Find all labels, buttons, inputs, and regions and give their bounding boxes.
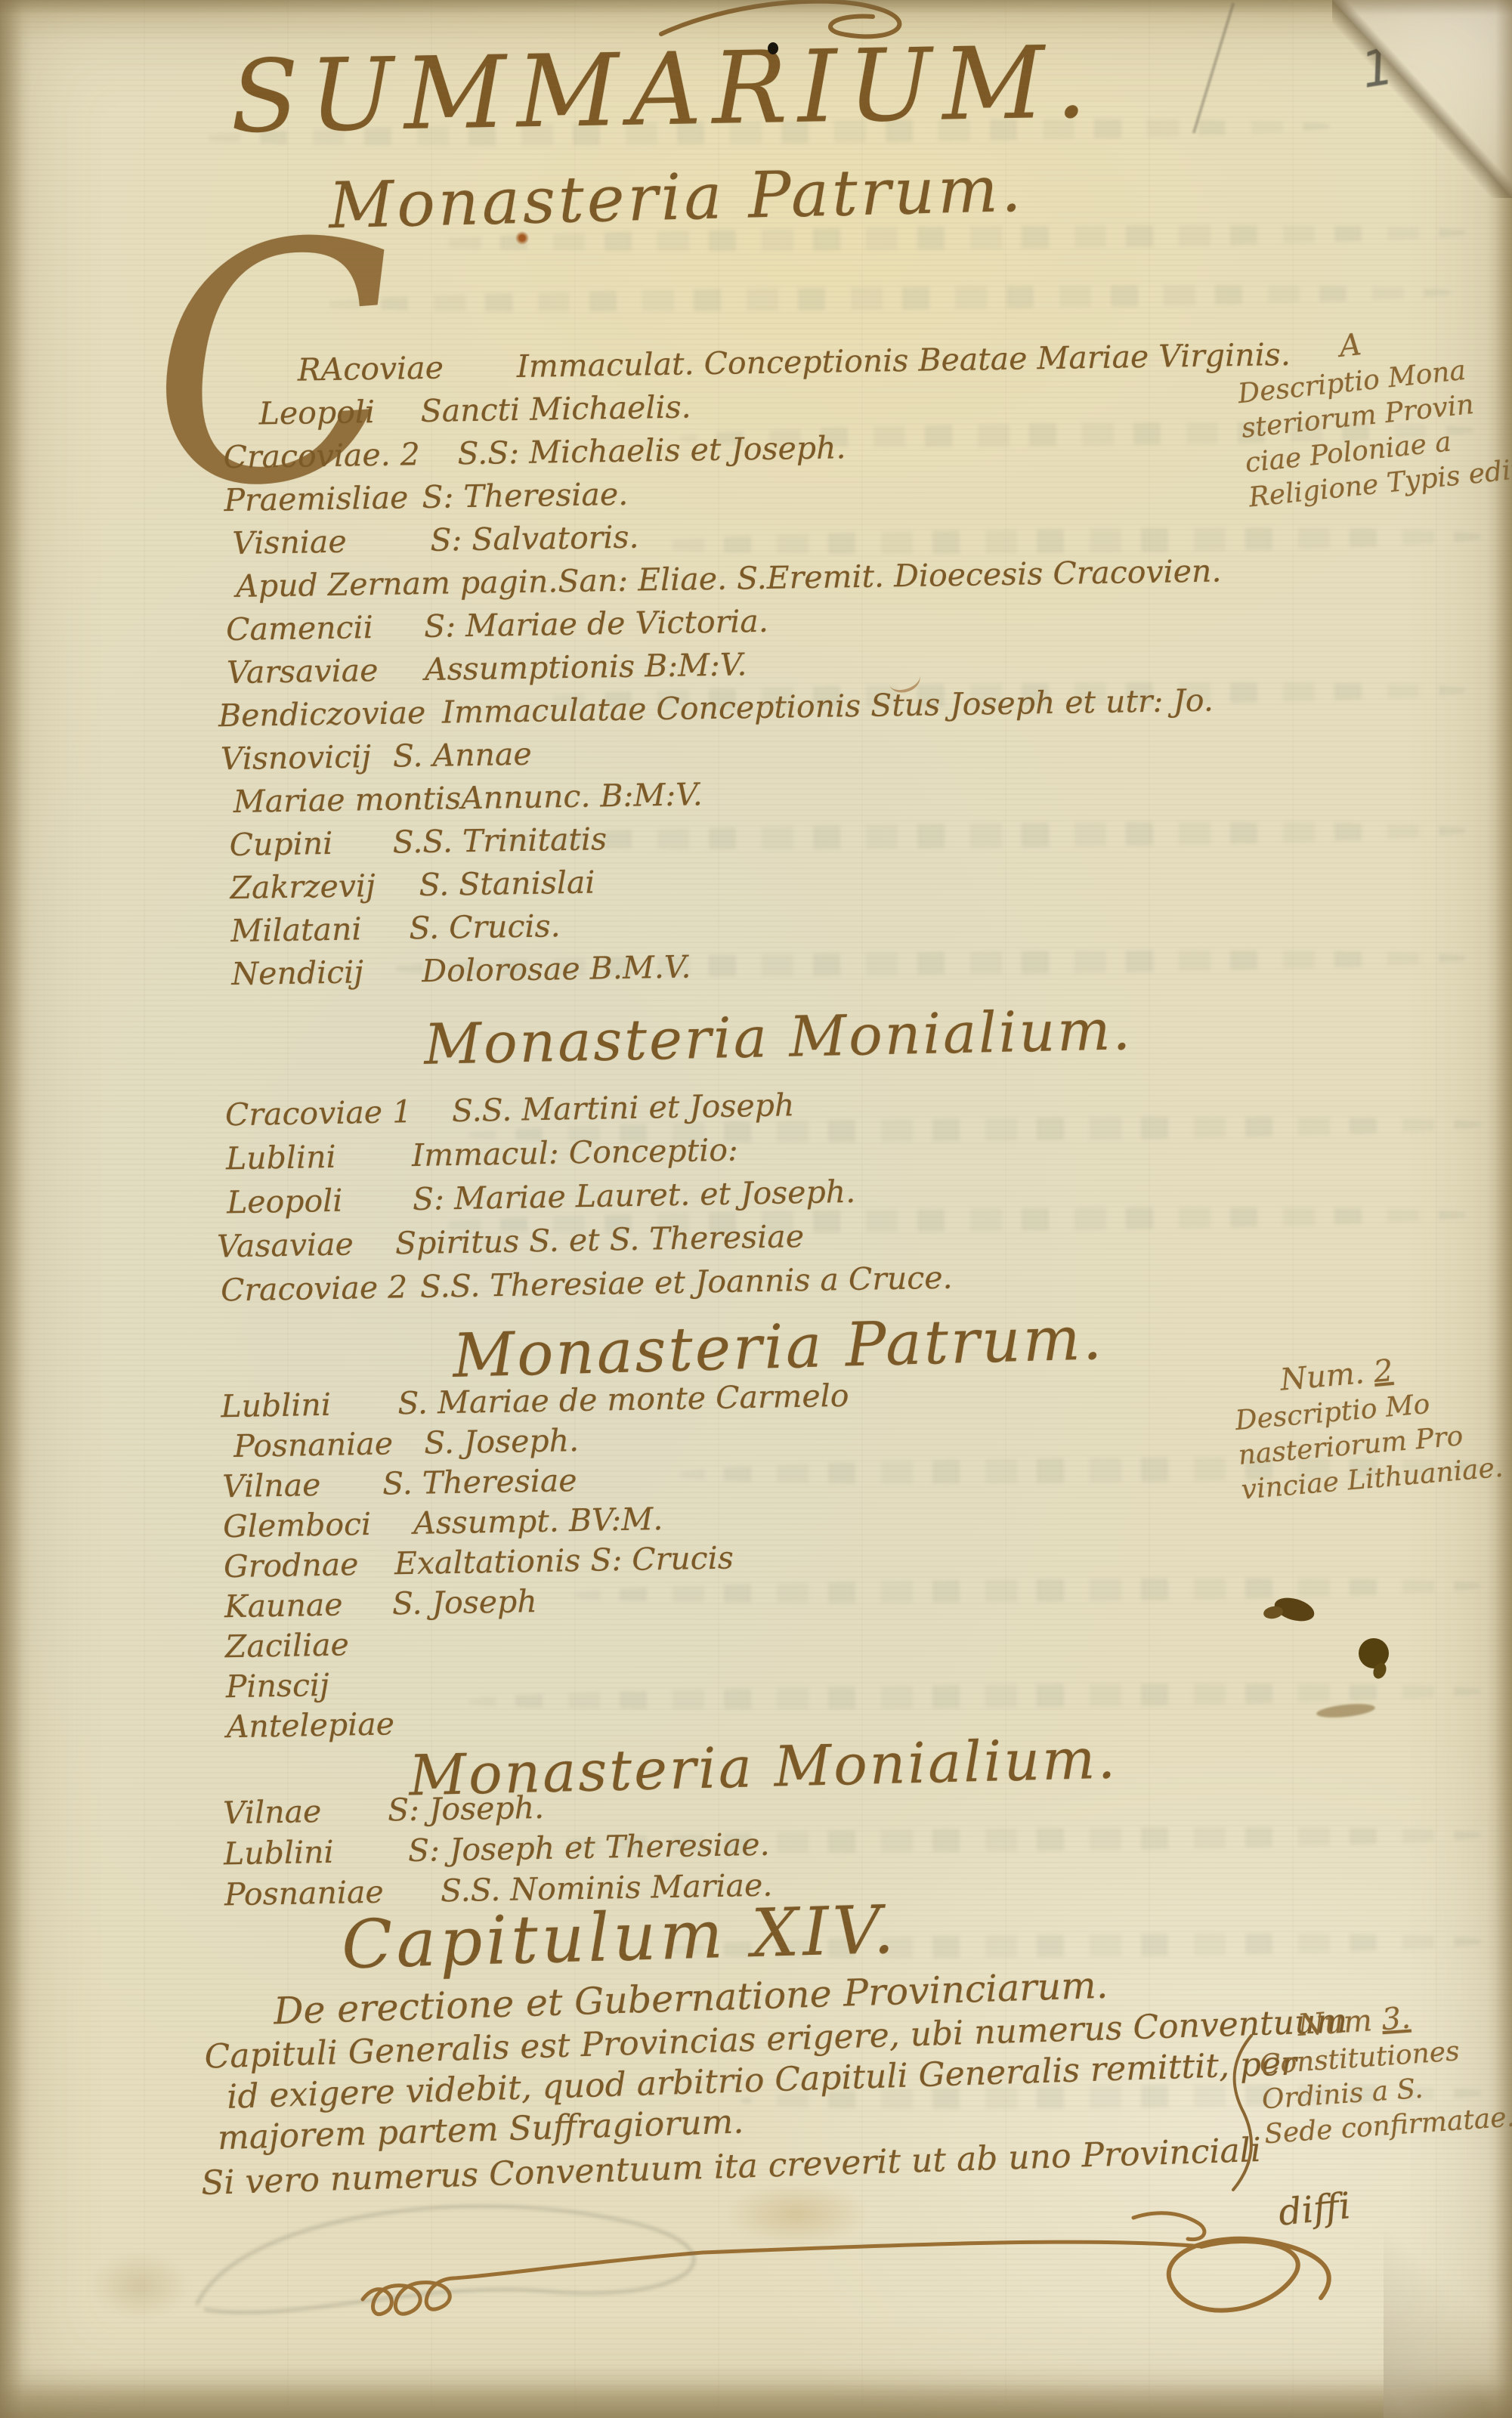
bottom-edge-shadow xyxy=(0,2379,1512,2418)
entry-dedication: Sancti Michaelis. xyxy=(420,388,691,429)
margin-note-num3: Num 3. Constitutiones Ordinis a S. Sede … xyxy=(1256,1993,1512,2153)
top-flourish-decoration xyxy=(657,0,975,53)
margin-note-label-number: 2 xyxy=(1372,1353,1394,1390)
entry-place: Antelepiae xyxy=(226,1704,425,1748)
section-heading: Monasteria Monialium. xyxy=(362,996,1195,1078)
ink-blob xyxy=(1263,1605,1284,1620)
entry-place: Vilnae xyxy=(222,1464,383,1507)
entry-place: Nendicij xyxy=(231,950,422,996)
entry-dedication: Annunc. B:M:V. xyxy=(461,776,703,816)
entry-dedication: S: Joseph. xyxy=(388,1789,545,1829)
stain-dot xyxy=(515,231,529,245)
left-edge-shadow xyxy=(0,0,23,2418)
ink-smudge xyxy=(1316,1702,1375,1720)
ink-dot-decoration xyxy=(768,42,778,54)
monastery-list-lithuania-patrum: LubliniS. Mariae de monte Carmelo Posnan… xyxy=(221,1376,855,1747)
entry-place: Varsaviae xyxy=(227,648,425,694)
margin-note-label-prefix: Num. xyxy=(1279,1356,1365,1398)
entry-place: Zaciliae xyxy=(224,1624,423,1668)
entry-dedication: S. Theresiae xyxy=(382,1462,577,1501)
entry-dedication: Assumptionis B:M:V. xyxy=(425,646,747,688)
entry-dedication: S.S. Nominis Mariae. xyxy=(441,1867,773,1909)
entry-dedication: Assumpt. BV:M. xyxy=(413,1501,663,1541)
margin-note-label-number: 3. xyxy=(1381,2001,1412,2038)
entry-place: Cracoviae 1 xyxy=(225,1089,453,1136)
entry-place: Kaunae xyxy=(224,1584,393,1627)
entry-place: Vilnae xyxy=(223,1790,388,1834)
entry-dedication: S. Stanislai xyxy=(419,864,595,903)
entry-dedication: S. Crucis. xyxy=(409,908,561,946)
margin-note-a: A Descriptio Mona steriorum Provin ciae … xyxy=(1232,309,1512,516)
entry-place: Apud Zernam pagin. xyxy=(236,560,558,608)
entry-dedication: S.S. Martini et Joseph xyxy=(452,1087,795,1129)
entry-dedication: S. Joseph. xyxy=(424,1422,580,1461)
stain-soft xyxy=(725,2184,869,2244)
entry-dedication: S: Mariae de Victoria. xyxy=(424,603,768,645)
margin-note-label-prefix: Num xyxy=(1297,2003,1374,2043)
entry-dedication: Immacul: Conceptio: xyxy=(412,1132,739,1174)
dogear-fold xyxy=(1332,0,1512,198)
entry-place: Zakrzevij xyxy=(230,864,419,910)
crease-mark xyxy=(1192,2,1235,133)
margin-note-num2: Num. 2 Descriptio Mo nasteriorum Pro vin… xyxy=(1230,1343,1504,1508)
entry-place: Visniae xyxy=(232,519,431,565)
entry-place: Glemboci xyxy=(223,1504,414,1547)
entry-dedication: S: Salvatoris. xyxy=(430,519,639,558)
entry-dedication: Dolorosae B.M.V. xyxy=(422,949,691,990)
entry-place: Cupini xyxy=(229,821,393,867)
manuscript-page: 1 SUMMARIUM. Monasteria Patrum. C RAcovi… xyxy=(0,0,1512,2418)
monastery-list-polonia-patrum: RAcoviaeImmaculat. Conceptionis Beatae M… xyxy=(221,333,1300,996)
monastery-list-polonia-monialium: Cracoviae 1S.S. Martini et Joseph Lublin… xyxy=(225,1081,953,1313)
entry-place: Leopoli xyxy=(258,390,421,435)
entry-place: Praemisliae xyxy=(224,476,422,522)
entry-dedication: S.S. Trinitatis xyxy=(392,821,607,860)
entry-place: Visnovicij xyxy=(220,735,393,781)
page-subtitle: Monasteria Patrum. xyxy=(328,152,1025,243)
entry-dedication: Immaculatae Conceptionis Stus Joseph et … xyxy=(442,682,1214,731)
margin-brace xyxy=(1226,2034,1259,2193)
entry-place: Mariae montis xyxy=(233,777,461,824)
entry-dedication: S. Annae xyxy=(392,736,532,775)
stain-soft xyxy=(91,2252,189,2320)
entry-dedication: S: Theresiae. xyxy=(422,476,628,515)
entry-place: Bendiczoviae xyxy=(218,691,443,738)
entry-dedication: Immaculat. Conceptionis Beatae Mariae Vi… xyxy=(516,336,1291,385)
bleedthrough-mark xyxy=(317,281,1451,316)
entry-place: Grodnae xyxy=(224,1544,395,1587)
entry-place: Lublini xyxy=(221,1384,398,1427)
entry-place: Milatani xyxy=(230,907,410,953)
entry-dedication: S: Mariae Lauret. et Joseph. xyxy=(413,1173,856,1217)
entry-place: Posnaniae xyxy=(224,1870,441,1915)
entry-dedication: S.S: Michaelis et Joseph. xyxy=(457,429,846,472)
monastery-list-lithuania-monialium: VilnaeS: Joseph. LubliniS: Joseph et The… xyxy=(223,1783,773,1916)
entry-place: Lublini xyxy=(224,1830,409,1874)
entry-dedication: S: Joseph et Theresiae. xyxy=(408,1826,770,1869)
entry-place: Vasaviae xyxy=(217,1221,396,1268)
entry-place: Pinscij xyxy=(225,1664,424,1708)
entry-dedication: S.S. Theresiae et Joannis a Cruce. xyxy=(420,1260,953,1305)
entry-place: RAcoviae xyxy=(297,345,517,392)
entry-place: Cracoviae 2 xyxy=(221,1265,421,1313)
entry-place: Lublini xyxy=(226,1133,413,1180)
dogear-crease xyxy=(1332,0,1512,198)
entry-place: Leopoli xyxy=(227,1177,413,1224)
entry-dedication: San: Eliae. S.Eremit. Dioecesis Cracovie… xyxy=(558,552,1222,599)
entry-dedication: S. Mariae de monte Carmelo xyxy=(397,1378,849,1421)
entry-dedication: Spiritus S. et S. Theresiae xyxy=(395,1218,805,1261)
entry-dedication: Exaltationis S: Crucis xyxy=(394,1539,734,1582)
entry-place: Posnaniae xyxy=(233,1424,425,1467)
entry-place: Cracoviae. 2 xyxy=(223,432,458,479)
entry-dedication: S. Joseph xyxy=(392,1583,538,1622)
entry-place: Camencii xyxy=(226,605,425,651)
page-number: 1 xyxy=(1357,37,1398,100)
